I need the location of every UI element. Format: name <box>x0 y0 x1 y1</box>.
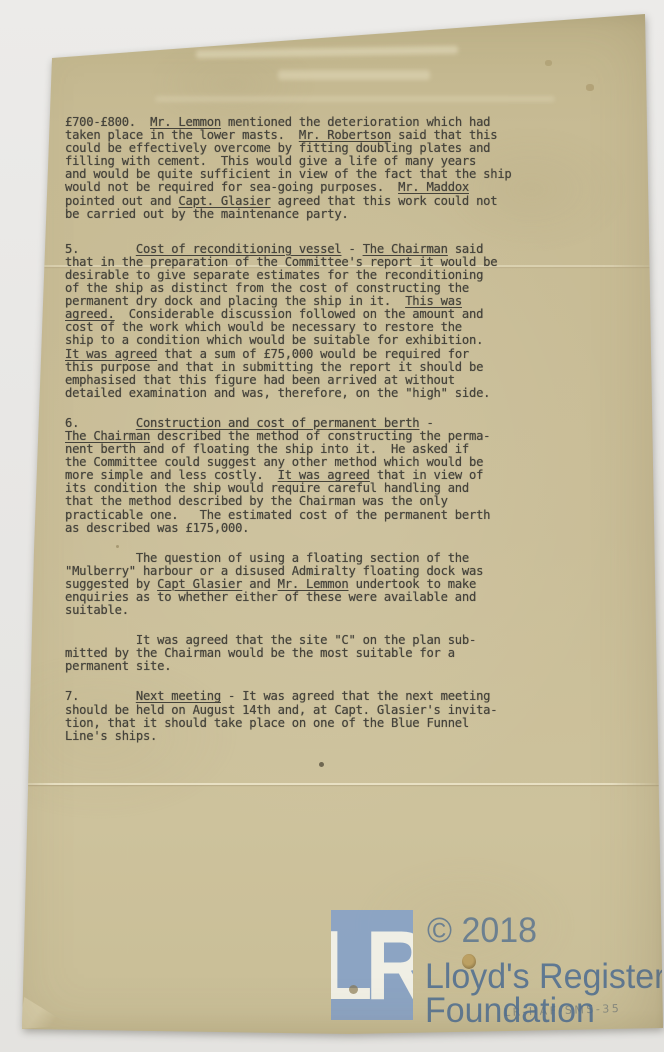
typed-paragraph: 5. Cost of reconditioning vessel - The C… <box>65 243 512 400</box>
typed-line: suitable. <box>65 604 512 617</box>
typed-segment: nent berth and of floating the ship into… <box>65 442 469 456</box>
typed-segment: £700-£800. <box>65 115 150 129</box>
paper-stain <box>319 762 324 767</box>
typed-segment: desirable to give separate estimates for… <box>65 268 483 282</box>
typed-segment: said <box>448 242 483 256</box>
paper-stain <box>462 954 476 969</box>
typed-segment: Next meeting <box>136 689 221 703</box>
paper-shadow-wrap: £700-£800. Mr. Lemmon mentioned the dete… <box>0 0 664 1052</box>
typed-segment: Mr. Lemmon <box>150 115 221 129</box>
typed-segment: The question of using a floating section… <box>65 551 469 565</box>
typed-segment: undertook to make <box>349 577 477 591</box>
typed-segment: be carried out by the maintenance party. <box>65 207 349 221</box>
typed-segment: tion, that it should take place on one o… <box>65 716 469 730</box>
paper-stain <box>116 545 119 548</box>
typed-segment: Mr. Lemmon <box>278 577 349 591</box>
typed-segment: 7. <box>65 689 136 703</box>
typed-segment: The Chairman <box>65 429 150 443</box>
typed-segment: that in the preparation of the Committee… <box>65 255 497 269</box>
typed-segment: This was <box>405 294 462 308</box>
typed-segment: practicable one. The estimated cost of t… <box>65 508 490 522</box>
ghost-impression <box>196 46 458 59</box>
typed-segment: It was agreed <box>278 468 370 482</box>
typed-line: be carried out by the maintenance party. <box>65 208 512 221</box>
typed-paragraph: It was agreed that the site "C" on the p… <box>65 634 512 673</box>
ghost-impression <box>155 96 555 102</box>
lrf-watermark: LR © 2018 Lloyd's Register Foundation <box>331 905 664 1040</box>
typed-segment: suitable. <box>65 603 129 617</box>
typed-segment: filling with cement. This would give a l… <box>65 154 476 168</box>
typed-segment: and would be quite sufficient in view of… <box>65 167 512 181</box>
typed-paragraph: The question of using a floating section… <box>65 552 512 617</box>
typed-segment: detailed examination and was, therefore,… <box>65 386 490 400</box>
typed-segment: suggested by <box>65 577 157 591</box>
typed-segment: mentioned the deterioration which had <box>221 115 490 129</box>
typed-segment: as described was £175,000. <box>65 521 249 535</box>
typed-segment: pointed out and <box>65 194 178 208</box>
typed-segment: enquiries as to whether either of these … <box>65 590 476 604</box>
typed-segment: its condition the ship would require car… <box>65 481 469 495</box>
typed-segment: permanent site. <box>65 659 171 673</box>
foundation-name-line2: Foundation <box>425 991 595 1031</box>
typed-segment: emphasised that this figure had been arr… <box>65 373 455 387</box>
typed-line: as described was £175,000. <box>65 522 512 535</box>
folded-corner <box>19 997 71 1029</box>
paper-stain <box>586 84 594 91</box>
typed-segment: It was agreed that the site "C" on the p… <box>65 633 476 647</box>
typed-segment: would not be required for sea-going purp… <box>65 180 398 194</box>
paper-stain <box>545 60 552 66</box>
typed-segment: described the method of constructing the… <box>150 429 490 443</box>
typed-segment: and <box>242 577 277 591</box>
typed-segment: this purpose and that in submitting the … <box>65 360 483 374</box>
typed-segment: - <box>419 416 433 430</box>
typed-line: Line's ships. <box>65 730 512 743</box>
typed-segment: - <box>341 242 362 256</box>
paper-stain <box>349 985 358 994</box>
document-page: £700-£800. Mr. Lemmon mentioned the dete… <box>0 0 664 1052</box>
typed-segment: It was agreed <box>65 347 157 361</box>
typed-segment: more simple and less costly. <box>65 468 278 482</box>
scan-background: £700-£800. Mr. Lemmon mentioned the dete… <box>0 0 664 1052</box>
typed-segment: cost of the work which would be necessar… <box>65 320 462 334</box>
typed-segment: 5. <box>65 242 136 256</box>
typed-segment: Capt Glasier <box>157 577 242 591</box>
typed-segment: that in view of <box>370 468 483 482</box>
typed-line: permanent site. <box>65 660 512 673</box>
typed-segment: Cost of reconditioning vessel <box>136 242 342 256</box>
typed-segment: that a sum of £75,000 would be required … <box>157 347 469 361</box>
ghost-impression <box>278 70 430 80</box>
typed-segment: Line's ships. <box>65 729 157 743</box>
typed-segment: The Chairman <box>363 242 448 256</box>
typed-segment: Mr. Maddox <box>398 180 469 194</box>
typed-segment: "Mulberry" harbour or a disused Admiralt… <box>65 564 483 578</box>
typed-segment: mitted by the Chairman would be the most… <box>65 646 455 660</box>
typed-segment: Construction and cost of permanent berth <box>136 416 420 430</box>
typed-segment: permanent dry dock and placing the ship … <box>65 294 405 308</box>
typed-segment: Mr. Robertson <box>299 128 391 142</box>
typed-segment: should be held on August 14th and, at Ca… <box>65 703 497 717</box>
typed-paragraph: £700-£800. Mr. Lemmon mentioned the dete… <box>65 116 512 221</box>
typed-segment: of the ship as distinct from the cost of… <box>65 281 469 295</box>
typed-segment: agreed that this work could not <box>271 194 498 208</box>
typed-paragraph: 7. Next meeting - It was agreed that the… <box>65 690 512 742</box>
typed-segment: said that this <box>391 128 497 142</box>
typed-paragraph: 6. Construction and cost of permanent be… <box>65 417 512 535</box>
typed-segment: that the method described by the Chairma… <box>65 494 448 508</box>
typed-segment: the Committee could suggest any other me… <box>65 455 483 469</box>
lr-logo-letters: LR <box>331 916 413 1014</box>
typed-segment: 6. <box>65 416 136 430</box>
typed-text: £700-£800. Mr. Lemmon mentioned the dete… <box>65 116 512 760</box>
copyright-text: © 2018 <box>427 911 537 951</box>
typed-segment: Considerable discussion followed on the … <box>115 307 484 321</box>
fold-crease-lower <box>0 783 664 785</box>
typed-segment: - It was agreed that the next meeting <box>221 689 490 703</box>
typed-segment: could be effectively overcome by fitting… <box>65 141 490 155</box>
typed-segment: ship to a condition which would be suita… <box>65 333 483 347</box>
typed-line: detailed examination and was, therefore,… <box>65 387 512 400</box>
lr-logo: LR <box>331 910 413 1020</box>
typed-segment: Capt. Glasier <box>178 194 270 208</box>
typed-segment: agreed. <box>65 307 115 321</box>
typed-segment: taken place in the lower masts. <box>65 128 299 142</box>
typed-line: enquiries as to whether either of these … <box>65 591 512 604</box>
